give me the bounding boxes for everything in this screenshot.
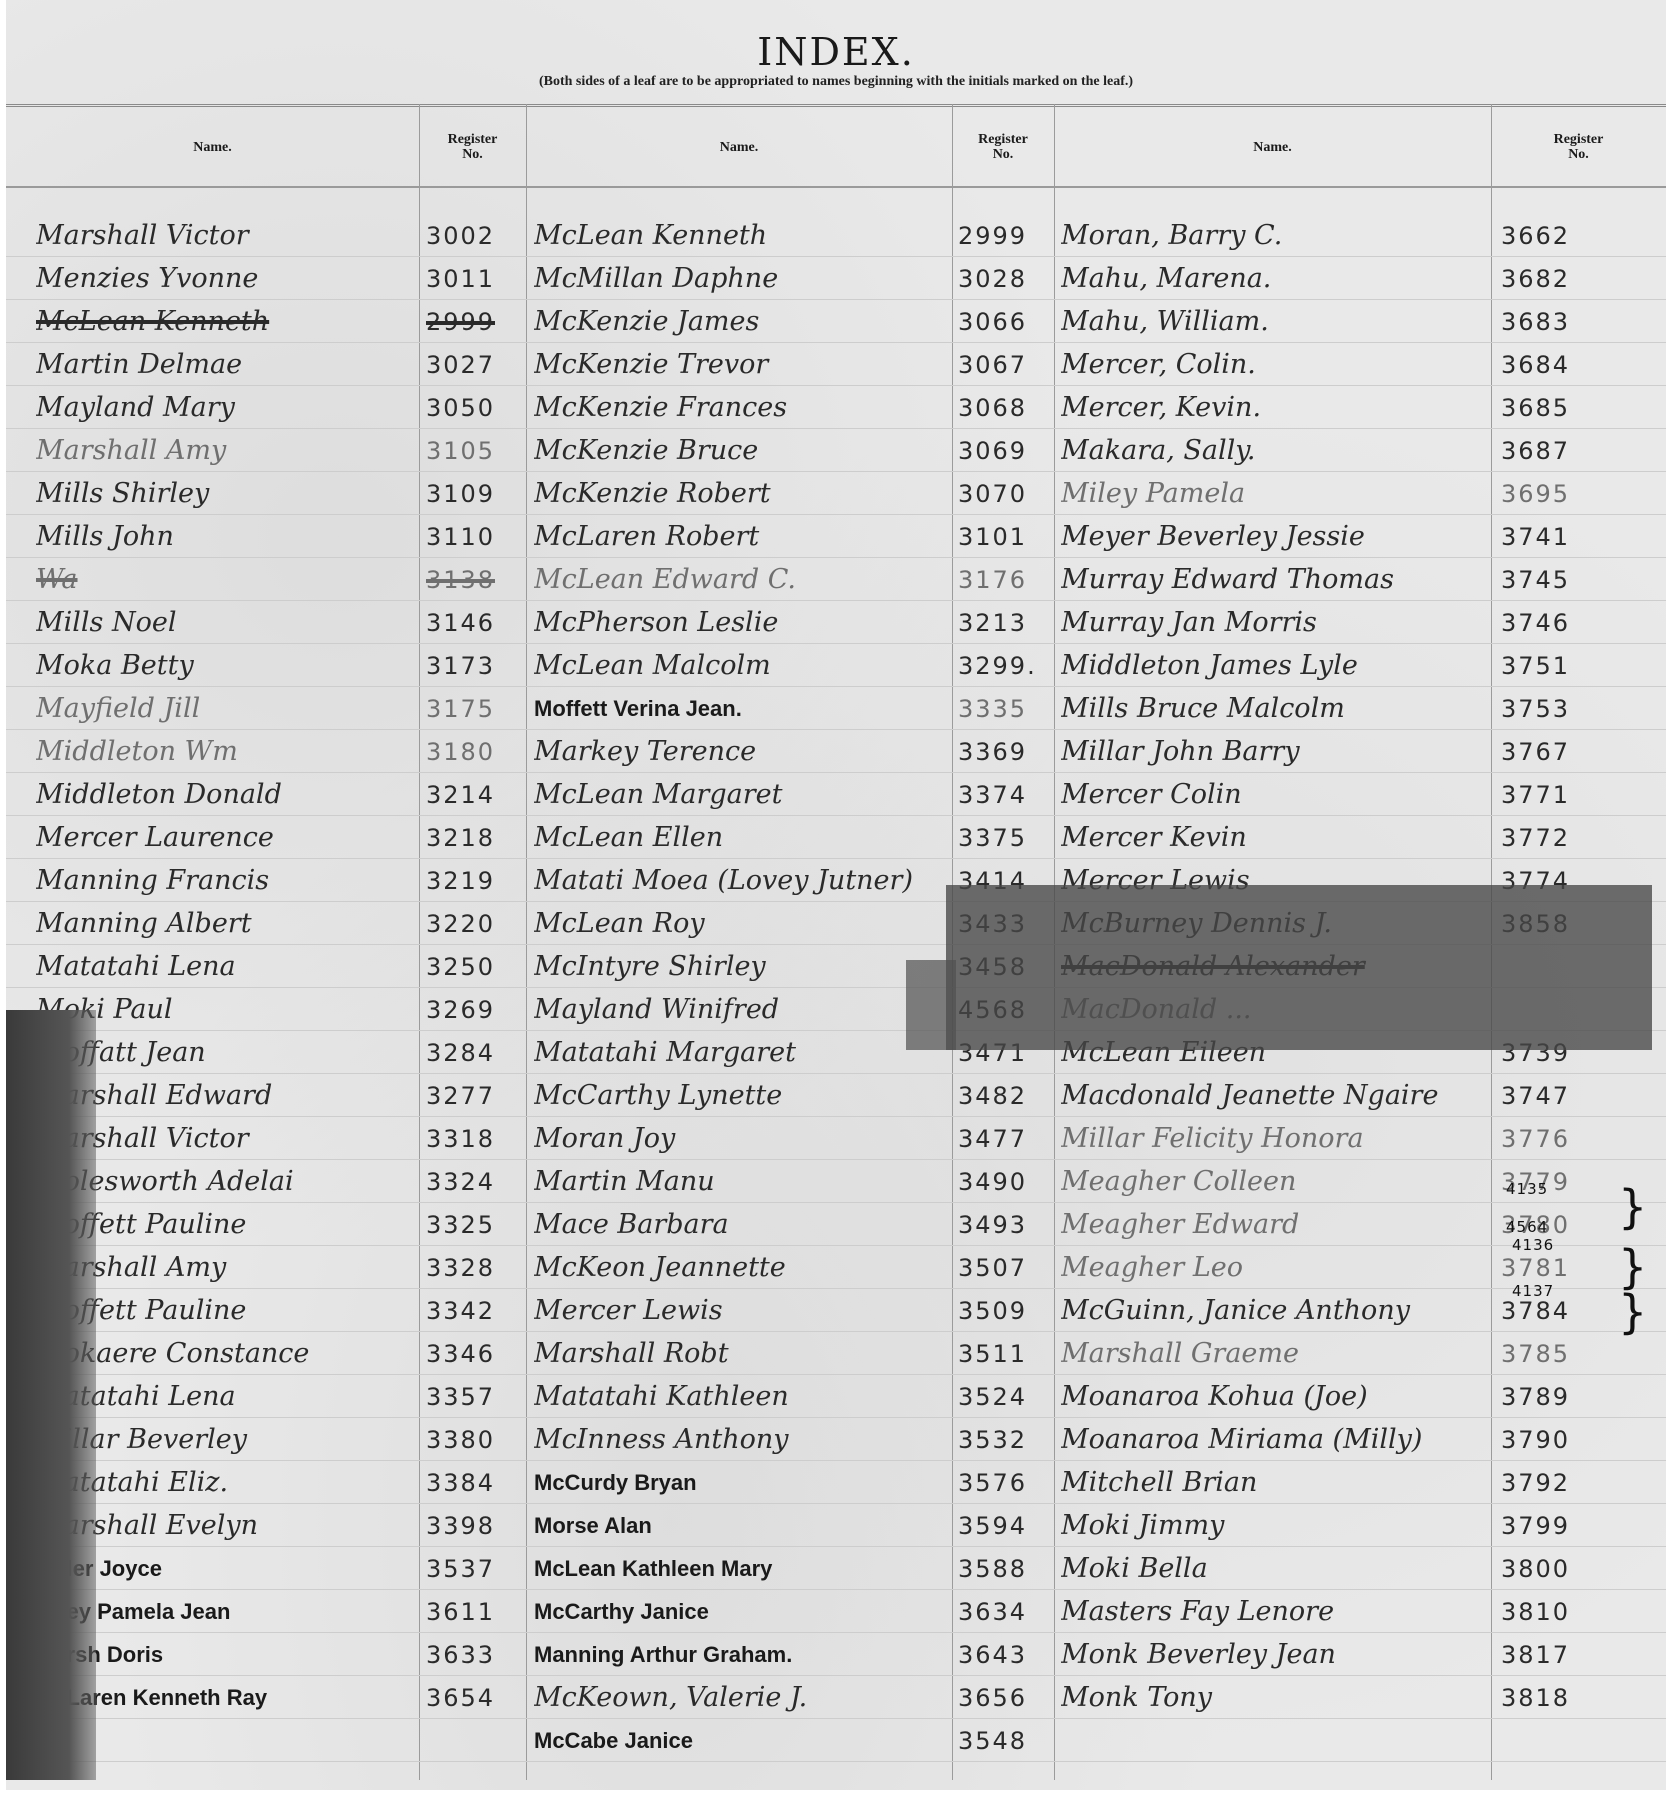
entry-name: Wa: [36, 560, 416, 600]
entry-name: Moka Betty: [36, 646, 416, 686]
entry-name: Mills Bruce Malcolm: [1061, 689, 1489, 729]
entry-register-no: 3594: [958, 1506, 1027, 1546]
entry-register-no: 3654: [426, 1678, 495, 1718]
entry-register-no: 3817: [1501, 1635, 1570, 1675]
entry-register-no: 3284: [426, 1033, 495, 1073]
entry-name: Mace Barbara: [534, 1205, 949, 1245]
entry-name: McCurdy Bryan: [534, 1463, 949, 1503]
ruled-line: [6, 1503, 1666, 1504]
entry-register-no: 3687: [1501, 431, 1570, 471]
entry-register-no: 3746: [1501, 603, 1570, 643]
entry-register-no: 3634: [958, 1592, 1027, 1632]
entry-register-no: 3277: [426, 1076, 495, 1116]
page-title: INDEX.: [6, 30, 1666, 74]
entry-register-no: 3105: [426, 431, 495, 471]
entry-register-no: 3792: [1501, 1463, 1570, 1503]
register-label: Register: [448, 132, 498, 147]
entry-name: Markey Terence: [534, 732, 949, 772]
entry-name: Mercer, Kevin.: [1061, 388, 1489, 428]
entry-register-no: 3682: [1501, 259, 1570, 299]
index-page: INDEX. (Both sides of a leaf are to be a…: [6, 0, 1666, 1790]
entry-register-no: 3109: [426, 474, 495, 514]
brace-mark: }: [1618, 1285, 1647, 1339]
entry-name: McLean Kenneth: [36, 302, 416, 342]
entry-name: Mahu, Marena.: [1061, 259, 1489, 299]
entry-register-no: 3643: [958, 1635, 1027, 1675]
entry-name: McGuinn, Janice Anthony: [1061, 1291, 1489, 1331]
ruled-line: [6, 1288, 1666, 1289]
entry-register-no: 3747: [1501, 1076, 1570, 1116]
entry-name: Mayfield Jill: [36, 689, 416, 729]
entry-register-no: 3269: [426, 990, 495, 1030]
ruled-line: [6, 1245, 1666, 1246]
ruled-line: [6, 514, 1666, 515]
ruled-line: [6, 643, 1666, 644]
entry-register-no: 3173: [426, 646, 495, 686]
entry-name: McKenzie Bruce: [534, 431, 949, 471]
entry-register-no: 3328: [426, 1248, 495, 1288]
entry-name: Millar Felicity Honora: [1061, 1119, 1489, 1159]
tape-stain: [946, 885, 1652, 1050]
entry-name: Moran, Barry C.: [1061, 216, 1489, 256]
column-divider: [419, 104, 420, 1780]
ruled-line: [6, 1374, 1666, 1375]
entry-register-no: 3011: [426, 259, 495, 299]
entry-name: Marshall Amy: [36, 431, 416, 471]
entry-name: Mercer, Colin.: [1061, 345, 1489, 385]
brace-mark: }: [1618, 1180, 1647, 1234]
entry-register-no: 3810: [1501, 1592, 1570, 1632]
entry-name: McPherson Leslie: [534, 603, 949, 643]
entry-name: McCarthy Lynette: [534, 1076, 949, 1116]
entry-register-no: 3180: [426, 732, 495, 772]
entry-register-no: 3002: [426, 216, 495, 256]
entry-register-no: 3069: [958, 431, 1027, 471]
entry-name: Moki Jimmy: [1061, 1506, 1489, 1546]
entry-name: Marshall Graeme: [1061, 1334, 1489, 1374]
entry-name: McLean Kenneth: [534, 216, 949, 256]
entry-name: McIntyre Shirley: [534, 947, 949, 987]
entry-name: Mercer Colin: [1061, 775, 1489, 815]
entry-register-no: 3576: [958, 1463, 1027, 1503]
entry-register-no: 3767: [1501, 732, 1570, 772]
entry-name: McCabe Janice: [534, 1721, 949, 1761]
entry-name: Mills Noel: [36, 603, 416, 643]
register-header-3: Register No.: [1491, 108, 1666, 186]
page-subtitle: (Both sides of a leaf are to be appropri…: [6, 74, 1666, 90]
entry-name: McKenzie James: [534, 302, 949, 342]
entry-register-no: 3374: [958, 775, 1027, 815]
entry-register-no: 3772: [1501, 818, 1570, 858]
entry-register-no: 3398: [426, 1506, 495, 1546]
entry-register-no: 3588: [958, 1549, 1027, 1589]
entry-register-no: 3369: [958, 732, 1027, 772]
column-divider: [526, 104, 527, 1780]
entry-register-no: 3511: [958, 1334, 1027, 1374]
entry-register-no: 3477: [958, 1119, 1027, 1159]
entry-name: Monk Beverley Jean: [1061, 1635, 1489, 1675]
ruled-line: [6, 772, 1666, 773]
entry-register-no: 3741: [1501, 517, 1570, 557]
entry-name: McLean Ellen: [534, 818, 949, 858]
entry-name: McKeon Jeannette: [534, 1248, 949, 1288]
ruled-line: [6, 256, 1666, 257]
ruled-line: [6, 729, 1666, 730]
ruled-line: [6, 1460, 1666, 1461]
entry-register-no: 3138: [426, 560, 495, 600]
correction-note: 4136: [1512, 1236, 1554, 1254]
entry-register-no: 3335: [958, 689, 1027, 729]
register-label: Register: [978, 132, 1028, 147]
entry-name: Meagher Edward: [1061, 1205, 1489, 1245]
ruled-line: [6, 1116, 1666, 1117]
ruled-line: [6, 1761, 1666, 1762]
entry-name: McKeown, Valerie J.: [534, 1678, 949, 1718]
entry-register-no: 3633: [426, 1635, 495, 1675]
entry-register-no: 3685: [1501, 388, 1570, 428]
entry-register-no: 3250: [426, 947, 495, 987]
entry-name: Macdonald Jeanette Ngaire: [1061, 1076, 1489, 1116]
entry-name: Middleton Wm: [36, 732, 416, 772]
entry-register-no: 2999: [958, 216, 1027, 256]
entry-name: Moki Bella: [1061, 1549, 1489, 1589]
entry-register-no: 3050: [426, 388, 495, 428]
entry-register-no: 3070: [958, 474, 1027, 514]
ruled-line: [6, 600, 1666, 601]
entry-name: Moran Joy: [534, 1119, 949, 1159]
entry-register-no: 3066: [958, 302, 1027, 342]
entry-name: Murray Jan Morris: [1061, 603, 1489, 643]
entry-name: Mahu, William.: [1061, 302, 1489, 342]
ruled-line: [6, 1202, 1666, 1203]
entry-register-no: 3218: [426, 818, 495, 858]
entry-name: Millar John Barry: [1061, 732, 1489, 772]
ruled-line: [6, 1159, 1666, 1160]
entry-register-no: 3753: [1501, 689, 1570, 729]
entry-name: McLaren Robert: [534, 517, 949, 557]
edge-stain: [6, 1010, 96, 1780]
entry-register-no: 3357: [426, 1377, 495, 1417]
entry-register-no: 3789: [1501, 1377, 1570, 1417]
entry-name: McLean Kathleen Mary: [534, 1549, 949, 1589]
entry-name: Murray Edward Thomas: [1061, 560, 1489, 600]
ruled-line: [6, 471, 1666, 472]
entry-name: Moanaroa Kohua (Joe): [1061, 1377, 1489, 1417]
register-header-1: Register No.: [419, 108, 526, 186]
register-no-label: No.: [1568, 147, 1589, 162]
entry-name: Mayland Mary: [36, 388, 416, 428]
entry-register-no: 3532: [958, 1420, 1027, 1460]
entry-name: Meyer Beverley Jessie: [1061, 517, 1489, 557]
entry-register-no: 3325: [426, 1205, 495, 1245]
entry-register-no: 3751: [1501, 646, 1570, 686]
entry-register-no: 3027: [426, 345, 495, 385]
header-bottom-rule: [6, 186, 1666, 188]
entry-name: Makara, Sally.: [1061, 431, 1489, 471]
entry-name: McCarthy Janice: [534, 1592, 949, 1632]
entry-register-no: 3067: [958, 345, 1027, 385]
entry-register-no: 3683: [1501, 302, 1570, 342]
entry-register-no: 3745: [1501, 560, 1570, 600]
entry-name: McInness Anthony: [534, 1420, 949, 1460]
ruled-line: [6, 1718, 1666, 1719]
entry-name: McLean Margaret: [534, 775, 949, 815]
entry-register-no: 3490: [958, 1162, 1027, 1202]
ruled-line: [6, 1073, 1666, 1074]
ruled-line: [6, 1546, 1666, 1547]
entry-name: McLean Roy: [534, 904, 949, 944]
entry-register-no: 3175: [426, 689, 495, 729]
entry-name: Mitchell Brian: [1061, 1463, 1489, 1503]
ruled-line: [6, 815, 1666, 816]
entry-register-no: 2999: [426, 302, 495, 342]
entry-name: Matati Moea (Lovey Jutner): [534, 861, 949, 901]
ruled-line: [6, 1675, 1666, 1676]
entry-register-no: 3818: [1501, 1678, 1570, 1718]
ruled-line: [6, 299, 1666, 300]
name-header-2: Name.: [526, 108, 952, 186]
ruled-line: [6, 342, 1666, 343]
entry-register-no: 3771: [1501, 775, 1570, 815]
entry-register-no: 3214: [426, 775, 495, 815]
entry-register-no: 3799: [1501, 1506, 1570, 1546]
entry-register-no: 3684: [1501, 345, 1570, 385]
entry-name: Mercer Laurence: [36, 818, 416, 858]
entry-register-no: 3785: [1501, 1334, 1570, 1374]
entry-name: Manning Albert: [36, 904, 416, 944]
entry-register-no: 3695: [1501, 474, 1570, 514]
entry-register-no: 3110: [426, 517, 495, 557]
entry-register-no: 3101: [958, 517, 1027, 557]
entry-register-no: 3537: [426, 1549, 495, 1589]
entry-register-no: 3509: [958, 1291, 1027, 1331]
entry-name: Middleton Donald: [36, 775, 416, 815]
name-header-3: Name.: [1054, 108, 1491, 186]
entry-name: Manning Francis: [36, 861, 416, 901]
ruled-line: [6, 557, 1666, 558]
entry-name: Marshall Victor: [36, 216, 416, 256]
entry-register-no: 3776: [1501, 1119, 1570, 1159]
entry-register-no: 3493: [958, 1205, 1027, 1245]
correction-note: 4137: [1512, 1282, 1554, 1300]
entry-register-no: 3324: [426, 1162, 495, 1202]
entry-name: Meagher Leo: [1061, 1248, 1489, 1288]
ruled-line: [6, 385, 1666, 386]
entry-name: Matatahi Margaret: [534, 1033, 949, 1073]
entry-name: Marshall Robt: [534, 1334, 949, 1374]
entry-register-no: 3342: [426, 1291, 495, 1331]
entry-name: Moanaroa Miriama (Milly): [1061, 1420, 1489, 1460]
ruled-line: [6, 858, 1666, 859]
entry-register-no: 3375: [958, 818, 1027, 858]
entry-name: Monk Tony: [1061, 1678, 1489, 1718]
header-top-rule: [6, 104, 1666, 107]
entry-name: Martin Delmae: [36, 345, 416, 385]
entry-register-no: 3219: [426, 861, 495, 901]
entry-register-no: 3380: [426, 1420, 495, 1460]
entry-name: McKenzie Robert: [534, 474, 949, 514]
register-label: Register: [1554, 132, 1604, 147]
entry-register-no: 3611: [426, 1592, 495, 1632]
entry-name: Mercer Kevin: [1061, 818, 1489, 858]
entry-register-no: 3662: [1501, 216, 1570, 256]
register-no-label: No.: [462, 147, 483, 162]
entry-register-no: 3656: [958, 1678, 1027, 1718]
entry-register-no: 3028: [958, 259, 1027, 299]
entry-register-no: 3220: [426, 904, 495, 944]
entry-register-no: 3790: [1501, 1420, 1570, 1460]
entry-register-no: 3299.: [958, 646, 1037, 686]
entry-register-no: 3800: [1501, 1549, 1570, 1589]
ruled-line: [6, 428, 1666, 429]
ruled-line: [6, 1589, 1666, 1590]
entry-name: Mills Shirley: [36, 474, 416, 514]
entry-register-no: 3213: [958, 603, 1027, 643]
entry-name: Meagher Colleen: [1061, 1162, 1489, 1202]
ruled-line: [6, 1331, 1666, 1332]
register-no-label: No.: [993, 147, 1014, 162]
tape-stain: [906, 960, 956, 1050]
entry-register-no: 3176: [958, 560, 1027, 600]
ruled-line: [6, 686, 1666, 687]
entry-name: Mayland Winifred: [534, 990, 949, 1030]
entry-name: McKenzie Frances: [534, 388, 949, 428]
entry-register-no: 3068: [958, 388, 1027, 428]
entry-name: McLean Edward C.: [534, 560, 949, 600]
entry-register-no: 3318: [426, 1119, 495, 1159]
entry-name: McKenzie Trevor: [534, 345, 949, 385]
entry-name: Mercer Lewis: [534, 1291, 949, 1331]
entry-name: Moffett Verina Jean.: [534, 689, 949, 729]
entry-register-no: 3146: [426, 603, 495, 643]
entry-register-no: 3384: [426, 1463, 495, 1503]
entry-register-no: 3346: [426, 1334, 495, 1374]
entry-register-no: 3482: [958, 1076, 1027, 1116]
correction-note: 4564: [1506, 1218, 1548, 1236]
entry-name: Middleton James Lyle: [1061, 646, 1489, 686]
entry-name: McLean Malcolm: [534, 646, 949, 686]
name-header-1: Name.: [6, 108, 419, 186]
entry-name: Menzies Yvonne: [36, 259, 416, 299]
ruled-line: [6, 1632, 1666, 1633]
entry-name: McMillan Daphne: [534, 259, 949, 299]
ruled-line: [6, 1417, 1666, 1418]
entry-name: Manning Arthur Graham.: [534, 1635, 949, 1675]
entry-name: Morse Alan: [534, 1506, 949, 1546]
register-header-2: Register No.: [952, 108, 1054, 186]
entry-name: Martin Manu: [534, 1162, 949, 1202]
entry-name: Matatahi Lena: [36, 947, 416, 987]
correction-note: 4135: [1506, 1180, 1548, 1198]
entry-register-no: 3524: [958, 1377, 1027, 1417]
entry-register-no: 3507: [958, 1248, 1027, 1288]
entry-name: Matatahi Kathleen: [534, 1377, 949, 1417]
entry-name: Mills John: [36, 517, 416, 557]
entry-register-no: 3548: [958, 1721, 1027, 1761]
entry-name: Miley Pamela: [1061, 474, 1489, 514]
entry-name: Masters Fay Lenore: [1061, 1592, 1489, 1632]
